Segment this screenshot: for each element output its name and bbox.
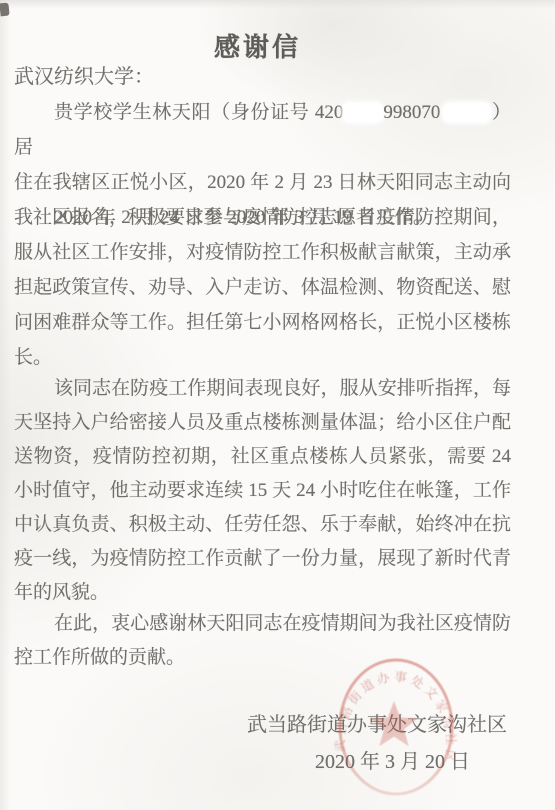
text-line: 中认真负责、积极主动、任劳任怨、乐于奉献，始终冲在抗 — [14, 508, 511, 542]
paragraph-2: 2020 年 2 月 24 日至 2020 年 3 月 19 日疫情防控期间， … — [14, 200, 511, 375]
text-line: 在此，衷心感谢林天阳同志在疫情期间为我社区疫情防 — [14, 607, 511, 641]
text-line: 长。 — [14, 340, 511, 375]
id-number-line: 贵学校学生林天阳（身份证号 4209980701）居 — [14, 95, 511, 165]
scan-corner-artifact — [0, 3, 10, 17]
id-line-text-2: 998070 — [383, 102, 440, 123]
text-line: 服从社区工作安排，对疫情防控工作积极献言献策，主动承 — [14, 235, 511, 270]
scanned-letter-page: 感谢信 武汉纺织大学： 贵学校学生林天阳（身份证号 4209980701）居 住… — [0, 0, 555, 810]
paragraph-4: 在此，衷心感谢林天阳同志在疫情期间为我社区疫情防 控工作所做的贡献。 — [14, 607, 511, 675]
text-line: 问困难群众等工作。担任第七小网格网格长，正悦小区楼栋 — [14, 305, 511, 340]
date-line: 2020 年 3 月 20 日 — [14, 747, 511, 777]
text-line: 担起政策宣传、劝导、入户走访、体温检测、物资配送、慰 — [14, 270, 511, 305]
text-line: 疫一线，为疫情防控工作贡献了一份力量，展现了新时代青 — [14, 542, 511, 576]
salutation: 武汉纺织大学： — [14, 63, 154, 91]
text-line: 该同志在防疫工作期间表现良好，服从安排听指挥，每 — [14, 372, 511, 406]
text-line: 天坚持入户给密接人员及重点楼栋测量体温；给小区住户配 — [14, 406, 511, 440]
text-line: 2020 年 2 月 24 日至 2020 年 3 月 19 日疫情防控期间， — [14, 200, 511, 235]
id-redaction-box-1 — [343, 103, 383, 122]
letter-body: 武汉纺织大学： 贵学校学生林天阳（身份证号 4209980701）居 住在我辖区… — [14, 0, 511, 810]
id-redaction-box-2 — [443, 103, 491, 122]
paragraph-3: 该同志在防疫工作期间表现良好，服从安排听指挥，每 天坚持入户给密接人员及重点楼栋… — [14, 372, 511, 610]
text-line: 年的风貌。 — [14, 576, 511, 610]
id-line-text-1: 贵学校学生林天阳（身份证号 420 — [54, 102, 343, 123]
text-line: 小时值守，他主动要求连续 15 天 24 小时吃住在帐篷，工作 — [14, 474, 511, 508]
text-line: 送物资，疫情防控初期，社区重点楼栋人员紧张，需要 24 — [14, 440, 511, 474]
signature-line: 武当路街道办事处文家沟社区 — [14, 710, 511, 740]
text-line: 控工作所做的贡献。 — [14, 641, 511, 675]
id-digit-fragment: 1 — [440, 95, 447, 130]
text-line: 住在我辖区正悦小区，2020 年 2 月 23 日林天阳同志主动向 — [14, 165, 511, 200]
